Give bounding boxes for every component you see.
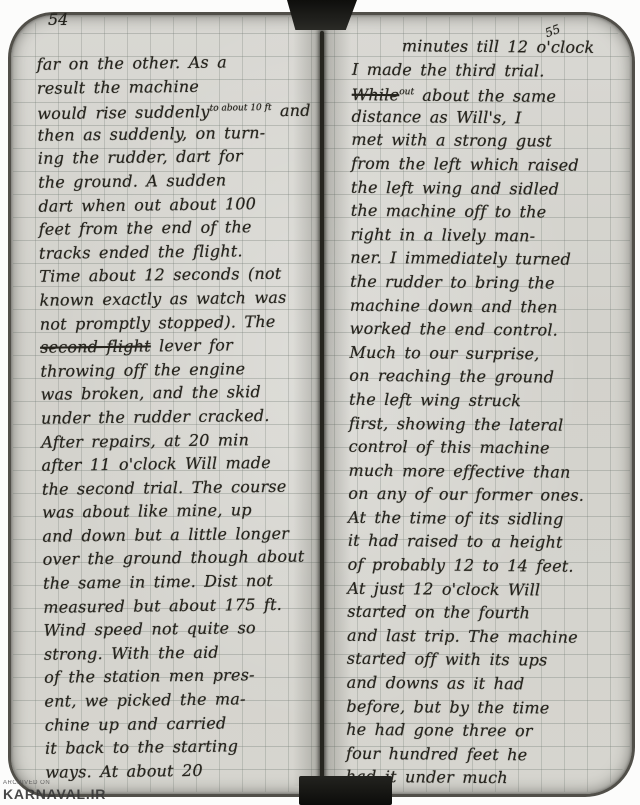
handwritten-line: After repairs, at 20 min [41, 427, 333, 454]
handwritten-line: four hundred feet he [346, 742, 632, 768]
handwritten-line: Time about 12 seconds (not [39, 262, 331, 289]
handwritten-line: known exactly as watch was [39, 285, 331, 312]
handwritten-line: it had raised to a height [348, 529, 634, 555]
handwritten-line: he had gone three or [346, 718, 632, 744]
watermark-site-name: KARNAVAL.IR [3, 786, 106, 802]
handwritten-line: over the ground though about [43, 545, 335, 572]
handwritten-line: after 11 o'clock Will made [41, 450, 333, 477]
handwritten-line: strong. With the aid [44, 639, 336, 666]
binding-clip-top [287, 0, 357, 30]
handwritten-line: and down but a little longer [42, 521, 334, 548]
handwritten-line: feet from the end of the [39, 214, 331, 241]
handwritten-line: Whileout about the same [352, 81, 638, 107]
handwritten-line: the machine off to the [351, 199, 637, 225]
handwritten-line: right in a lively man- [350, 223, 636, 249]
handwritten-line: of probably 12 to 14 feet. [348, 553, 634, 579]
handwritten-line: tracks ended the flight. [39, 238, 331, 265]
handwritten-line: far on the other. As a [37, 49, 329, 76]
handwritten-line: At the time of its sidling [348, 506, 634, 532]
handwritten-line: the left wing struck [349, 388, 635, 414]
handwritten-line: on reaching the ground [349, 364, 635, 390]
inserted-correction: to about 10 ft [210, 103, 272, 114]
handwritten-line: I made the third trial. [352, 57, 638, 83]
handwritten-line: then as suddenly, on turn- [37, 120, 329, 147]
handwritten-line: ing the rudder, dart for [38, 144, 330, 171]
handwritten-line: met with a strong gust [351, 128, 637, 154]
handwritten-line: Much to our surprise, [349, 340, 635, 366]
handwritten-line: measured but about 175 ft. [43, 592, 335, 619]
handwritten-line: minutes till 12 o'clock [352, 34, 638, 60]
page-number-left: 54 [48, 10, 68, 29]
notebook-spread: far on the other. As aresult the machine… [8, 12, 635, 797]
handwritten-line: second flight lever for [40, 332, 332, 359]
diary-page-left: far on the other. As aresult the machine… [37, 49, 338, 784]
handwritten-line: the ground. A sudden [38, 167, 330, 194]
handwritten-line: and downs as it had [347, 671, 633, 697]
inserted-correction: out [399, 87, 414, 97]
handwritten-line: started on the fourth [347, 600, 633, 626]
handwritten-line: the second trial. The course [42, 474, 334, 501]
handwritten-line: from the left which raised [351, 152, 637, 178]
handwritten-line: it back to the starting [45, 733, 337, 760]
watermark: ARCHIVED ON KARNAVAL.IR [3, 780, 106, 802]
handwritten-line: the same in time. Dist not [43, 568, 335, 595]
handwritten-line: chine up and carried [45, 710, 337, 737]
handwritten-line: first, showing the lateral [349, 411, 635, 437]
handwritten-line: ner. I immediately turned [350, 246, 636, 272]
handwritten-line: would rise suddenlyto about 10 ft and [37, 96, 329, 123]
handwritten-line: throwing off the engine [40, 356, 332, 383]
handwritten-line: ent, we picked the ma- [44, 686, 336, 713]
handwritten-line: was broken, and the skid [41, 380, 333, 407]
handwritten-line: was about like mine, up [42, 497, 334, 524]
handwritten-line: worked the end control. [350, 317, 636, 343]
diary-page-right: minutes till 12 o'clockI made the third … [346, 34, 639, 791]
handwritten-line: started off with its ups [347, 647, 633, 673]
binding-clip-bottom [299, 776, 392, 805]
handwritten-line: distance as Will's, I [351, 105, 637, 131]
handwritten-line: and last trip. The machine [347, 624, 633, 650]
handwritten-line: machine down and then [350, 293, 636, 319]
handwritten-line: result the machine [37, 73, 329, 100]
diary-photo: far on the other. As aresult the machine… [0, 0, 640, 805]
handwritten-line: on any of our former ones. [348, 482, 634, 508]
handwritten-line: At just 12 o'clock Will [347, 576, 633, 602]
handwritten-line: the rudder to bring the [350, 270, 636, 296]
handwritten-line: of the station men pres- [44, 663, 336, 690]
handwritten-line: the left wing and sidled [351, 175, 637, 201]
handwritten-line: dart when out about 100 [38, 191, 330, 218]
handwritten-line: much more effective than [348, 458, 634, 484]
handwritten-line: under the rudder cracked. [41, 403, 333, 430]
handwritten-line: Wind speed not quite so [43, 615, 335, 642]
handwritten-line: before, but by the time [346, 694, 632, 720]
handwritten-line: not promptly stopped). The [40, 309, 332, 336]
handwritten-line: control of this machine [349, 435, 635, 461]
